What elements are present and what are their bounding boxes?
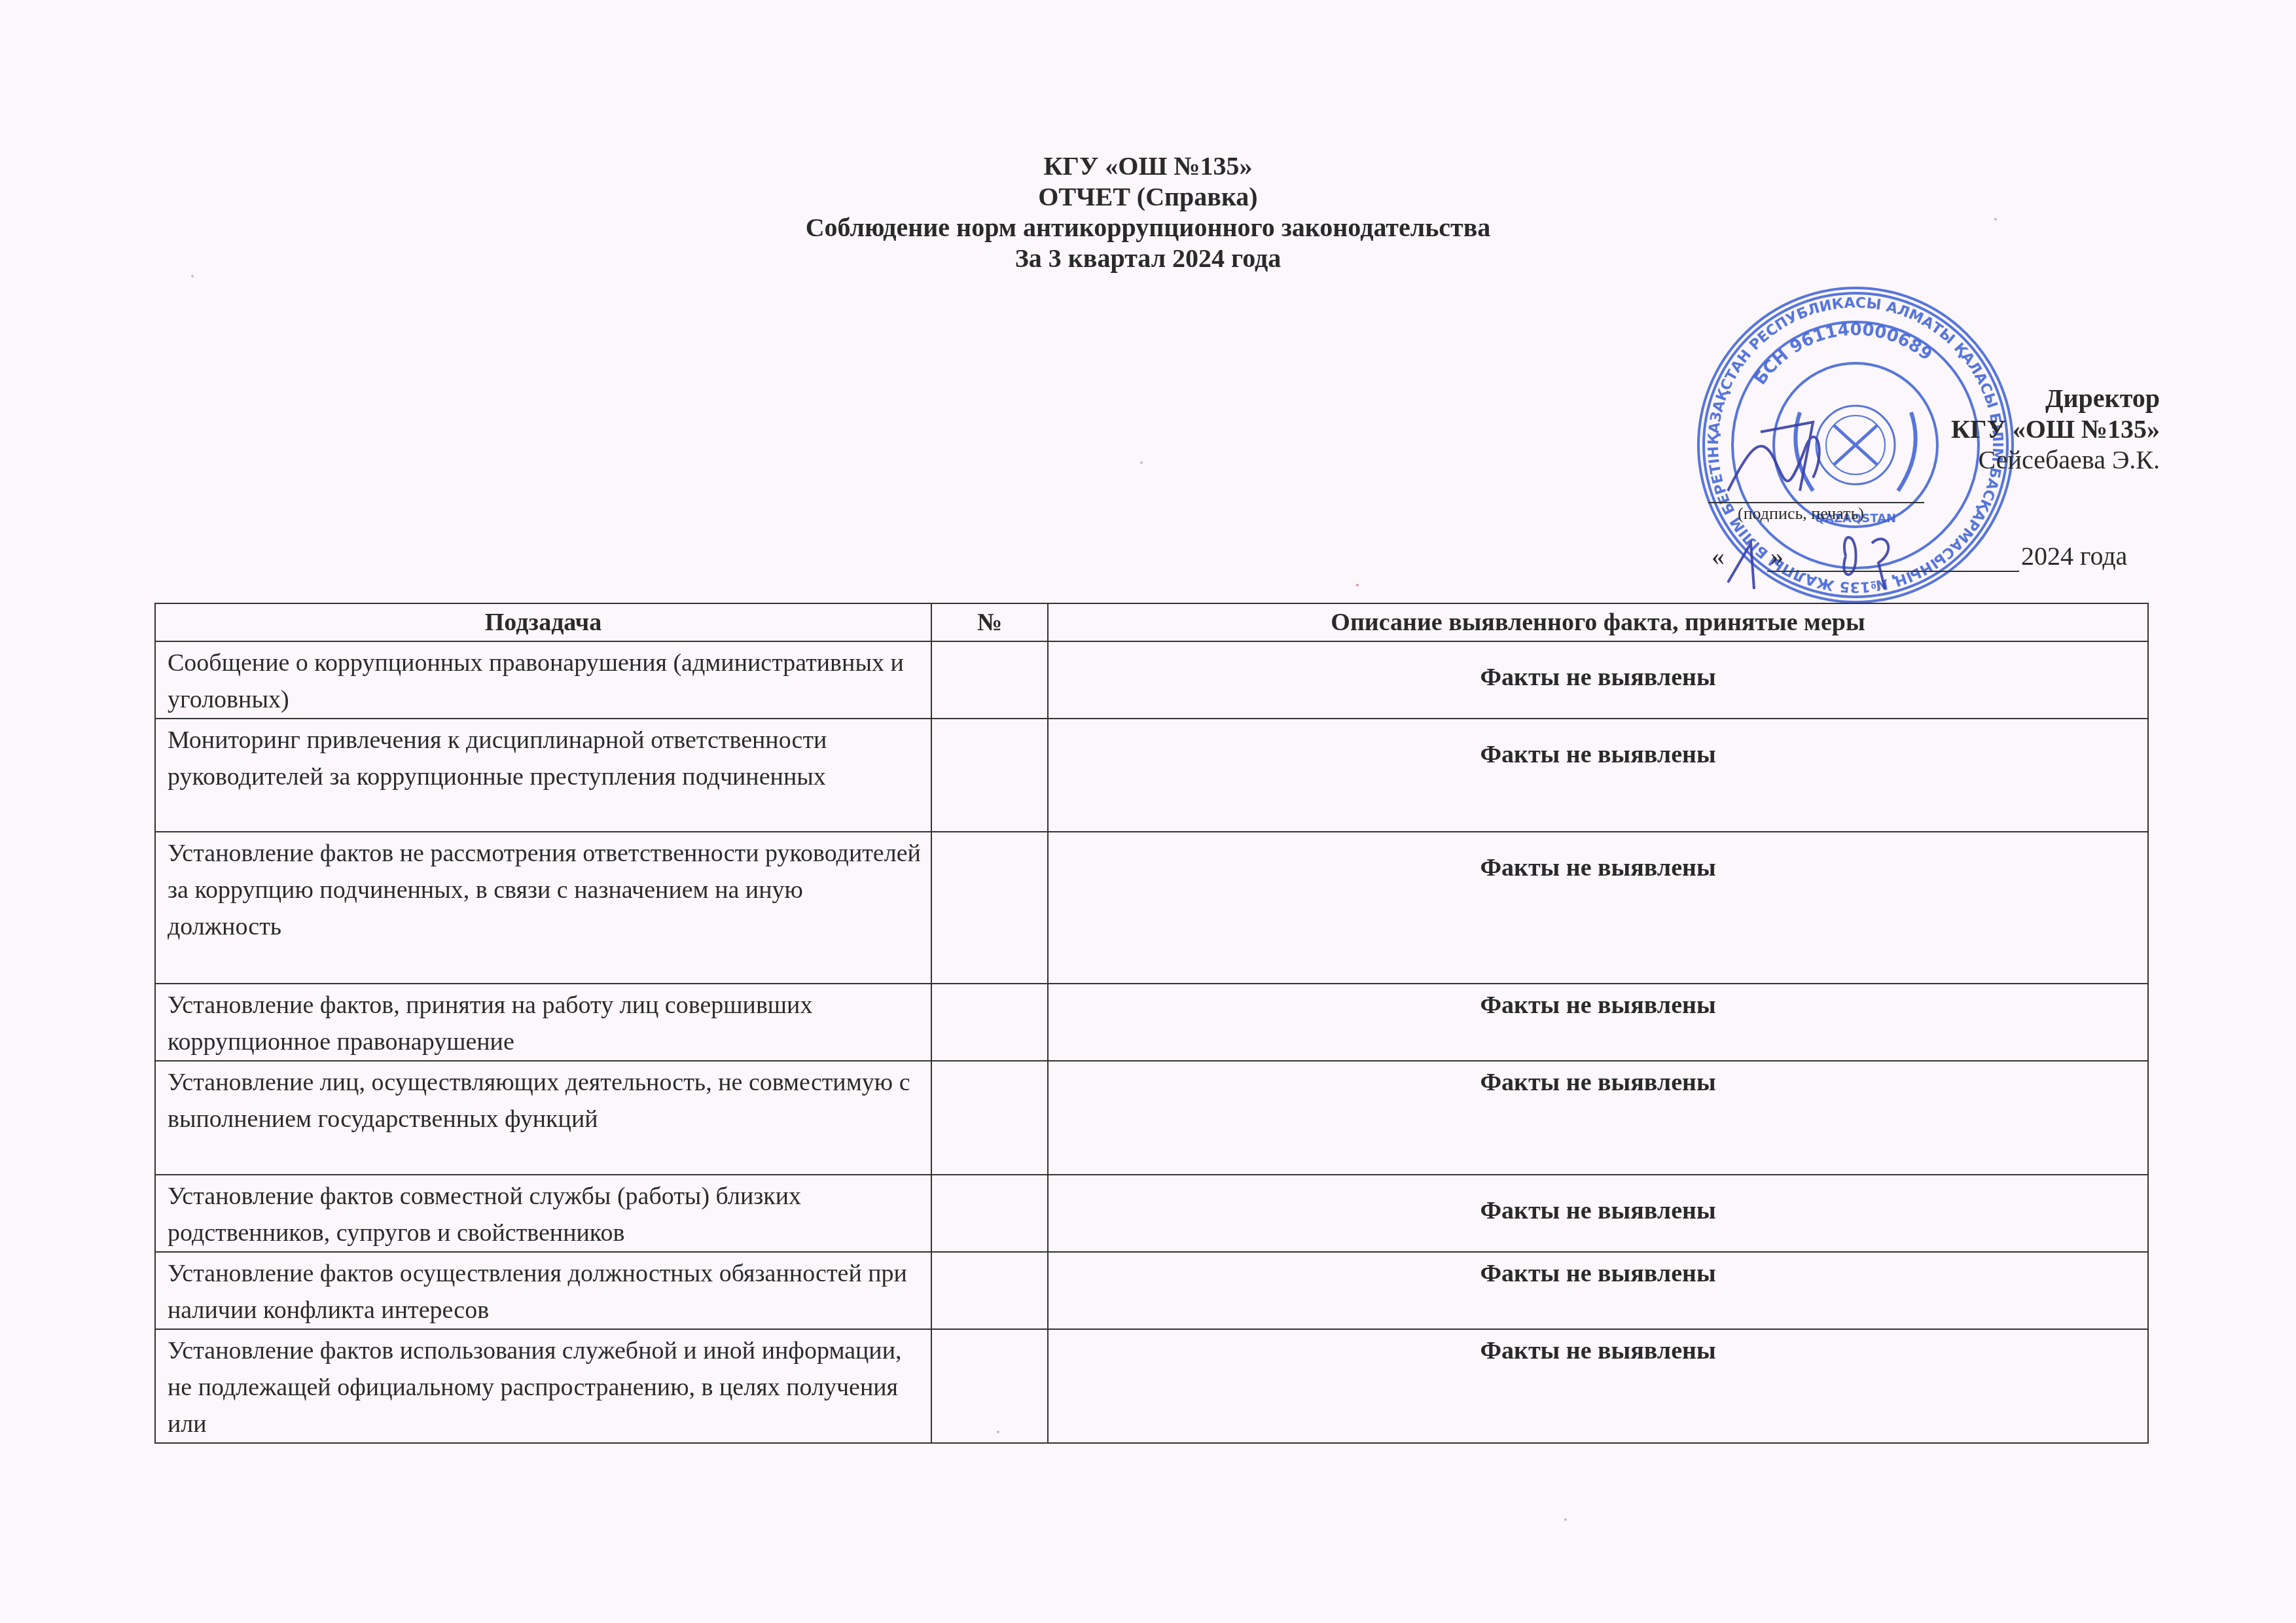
row-description: Факты не выявлены: [1049, 1175, 2147, 1229]
row-task: Установление фактов не рассмотрения отве…: [156, 832, 931, 945]
header-subtask: Подзадача: [155, 603, 931, 641]
approval-block: Директор КГУ «ОШ №135» Сейсебаева Э.К.: [1951, 383, 2160, 475]
scan-speck: [1356, 584, 1359, 586]
row-number: [931, 719, 1048, 832]
date-year: 2024 года: [2021, 541, 2127, 571]
date-open-quote: «: [1712, 541, 1725, 571]
org-title: КГУ «ОШ №135»: [0, 151, 2296, 181]
table-row: Установление фактов, принятия на работу …: [155, 984, 2148, 1061]
approver-organization: КГУ «ОШ №135»: [1951, 414, 2160, 444]
row-number: [931, 1252, 1048, 1329]
document-header: КГУ «ОШ №135» ОТЧЕТ (Справка) Соблюдение…: [0, 151, 2296, 274]
row-number: [931, 641, 1048, 719]
table-row: Установление фактов использования служеб…: [155, 1329, 2148, 1443]
row-task: Сообщение о коррупционных правонарушения…: [156, 642, 931, 718]
table-header-row: Подзадача № Описание выявленного факта, …: [155, 603, 2148, 641]
row-task: Установление лиц, осуществляющих деятель…: [156, 1061, 931, 1137]
report-period: За 3 квартал 2024 года: [0, 243, 2296, 274]
header-description: Описание выявленного факта, принятые мер…: [1048, 603, 2148, 641]
row-number: [931, 832, 1048, 984]
row-description: Факты не выявлены: [1049, 642, 2147, 696]
row-number: [931, 1329, 1048, 1443]
date-close-quote: »: [1770, 541, 1784, 571]
row-task: Установление фактов использования служеб…: [156, 1330, 931, 1442]
svg-text:БСН 961140000689: БСН 961140000689: [1750, 320, 1935, 389]
row-task: Установление фактов совместной службы (р…: [156, 1175, 931, 1251]
row-description: Факты не выявлены: [1049, 1330, 2147, 1369]
scan-speck: [1564, 1518, 1567, 1521]
row-number: [931, 1061, 1048, 1175]
table-row: Установление фактов осуществления должно…: [155, 1252, 2148, 1329]
report-table: Подзадача № Описание выявленного факта, …: [154, 603, 2149, 1444]
row-task: Установление фактов, принятия на работу …: [156, 984, 931, 1060]
row-description: Факты не выявлены: [1049, 832, 2147, 886]
row-description: Факты не выявлены: [1049, 984, 2147, 1024]
row-number: [931, 984, 1048, 1061]
table-row: Установление фактов не рассмотрения отве…: [155, 832, 2148, 984]
row-number: [931, 1175, 1048, 1252]
approver-name: Сейсебаева Э.К.: [1951, 444, 2160, 475]
report-title: ОТЧЕТ (Справка): [0, 181, 2296, 212]
date-month-line: [1767, 571, 2019, 572]
scan-speck: [1140, 461, 1143, 464]
scan-speck: [191, 275, 194, 277]
row-description: Факты не выявлены: [1049, 1253, 2147, 1292]
approver-position: Директор: [1951, 383, 2160, 414]
table-row: Сообщение о коррупционных правонарушения…: [155, 641, 2148, 719]
header-number: №: [931, 603, 1048, 641]
row-description: Факты не выявлены: [1049, 719, 2147, 773]
table-row: Мониторинг привлечения к дисциплинарной …: [155, 719, 2148, 832]
row-description: Факты не выявлены: [1049, 1061, 2147, 1101]
table-row: Установление лиц, осуществляющих деятель…: [155, 1061, 2148, 1175]
row-task: Установление фактов осуществления должно…: [156, 1253, 931, 1329]
report-subject: Соблюдение норм антикоррупционного закон…: [0, 212, 2296, 243]
row-task: Мониторинг привлечения к дисциплинарной …: [156, 719, 931, 795]
table-row: Установление фактов совместной службы (р…: [155, 1175, 2148, 1252]
signature-line: [1708, 502, 1924, 503]
date-field: «»: [1712, 541, 1784, 571]
signature-caption: (подпись, печать): [1738, 504, 1864, 524]
